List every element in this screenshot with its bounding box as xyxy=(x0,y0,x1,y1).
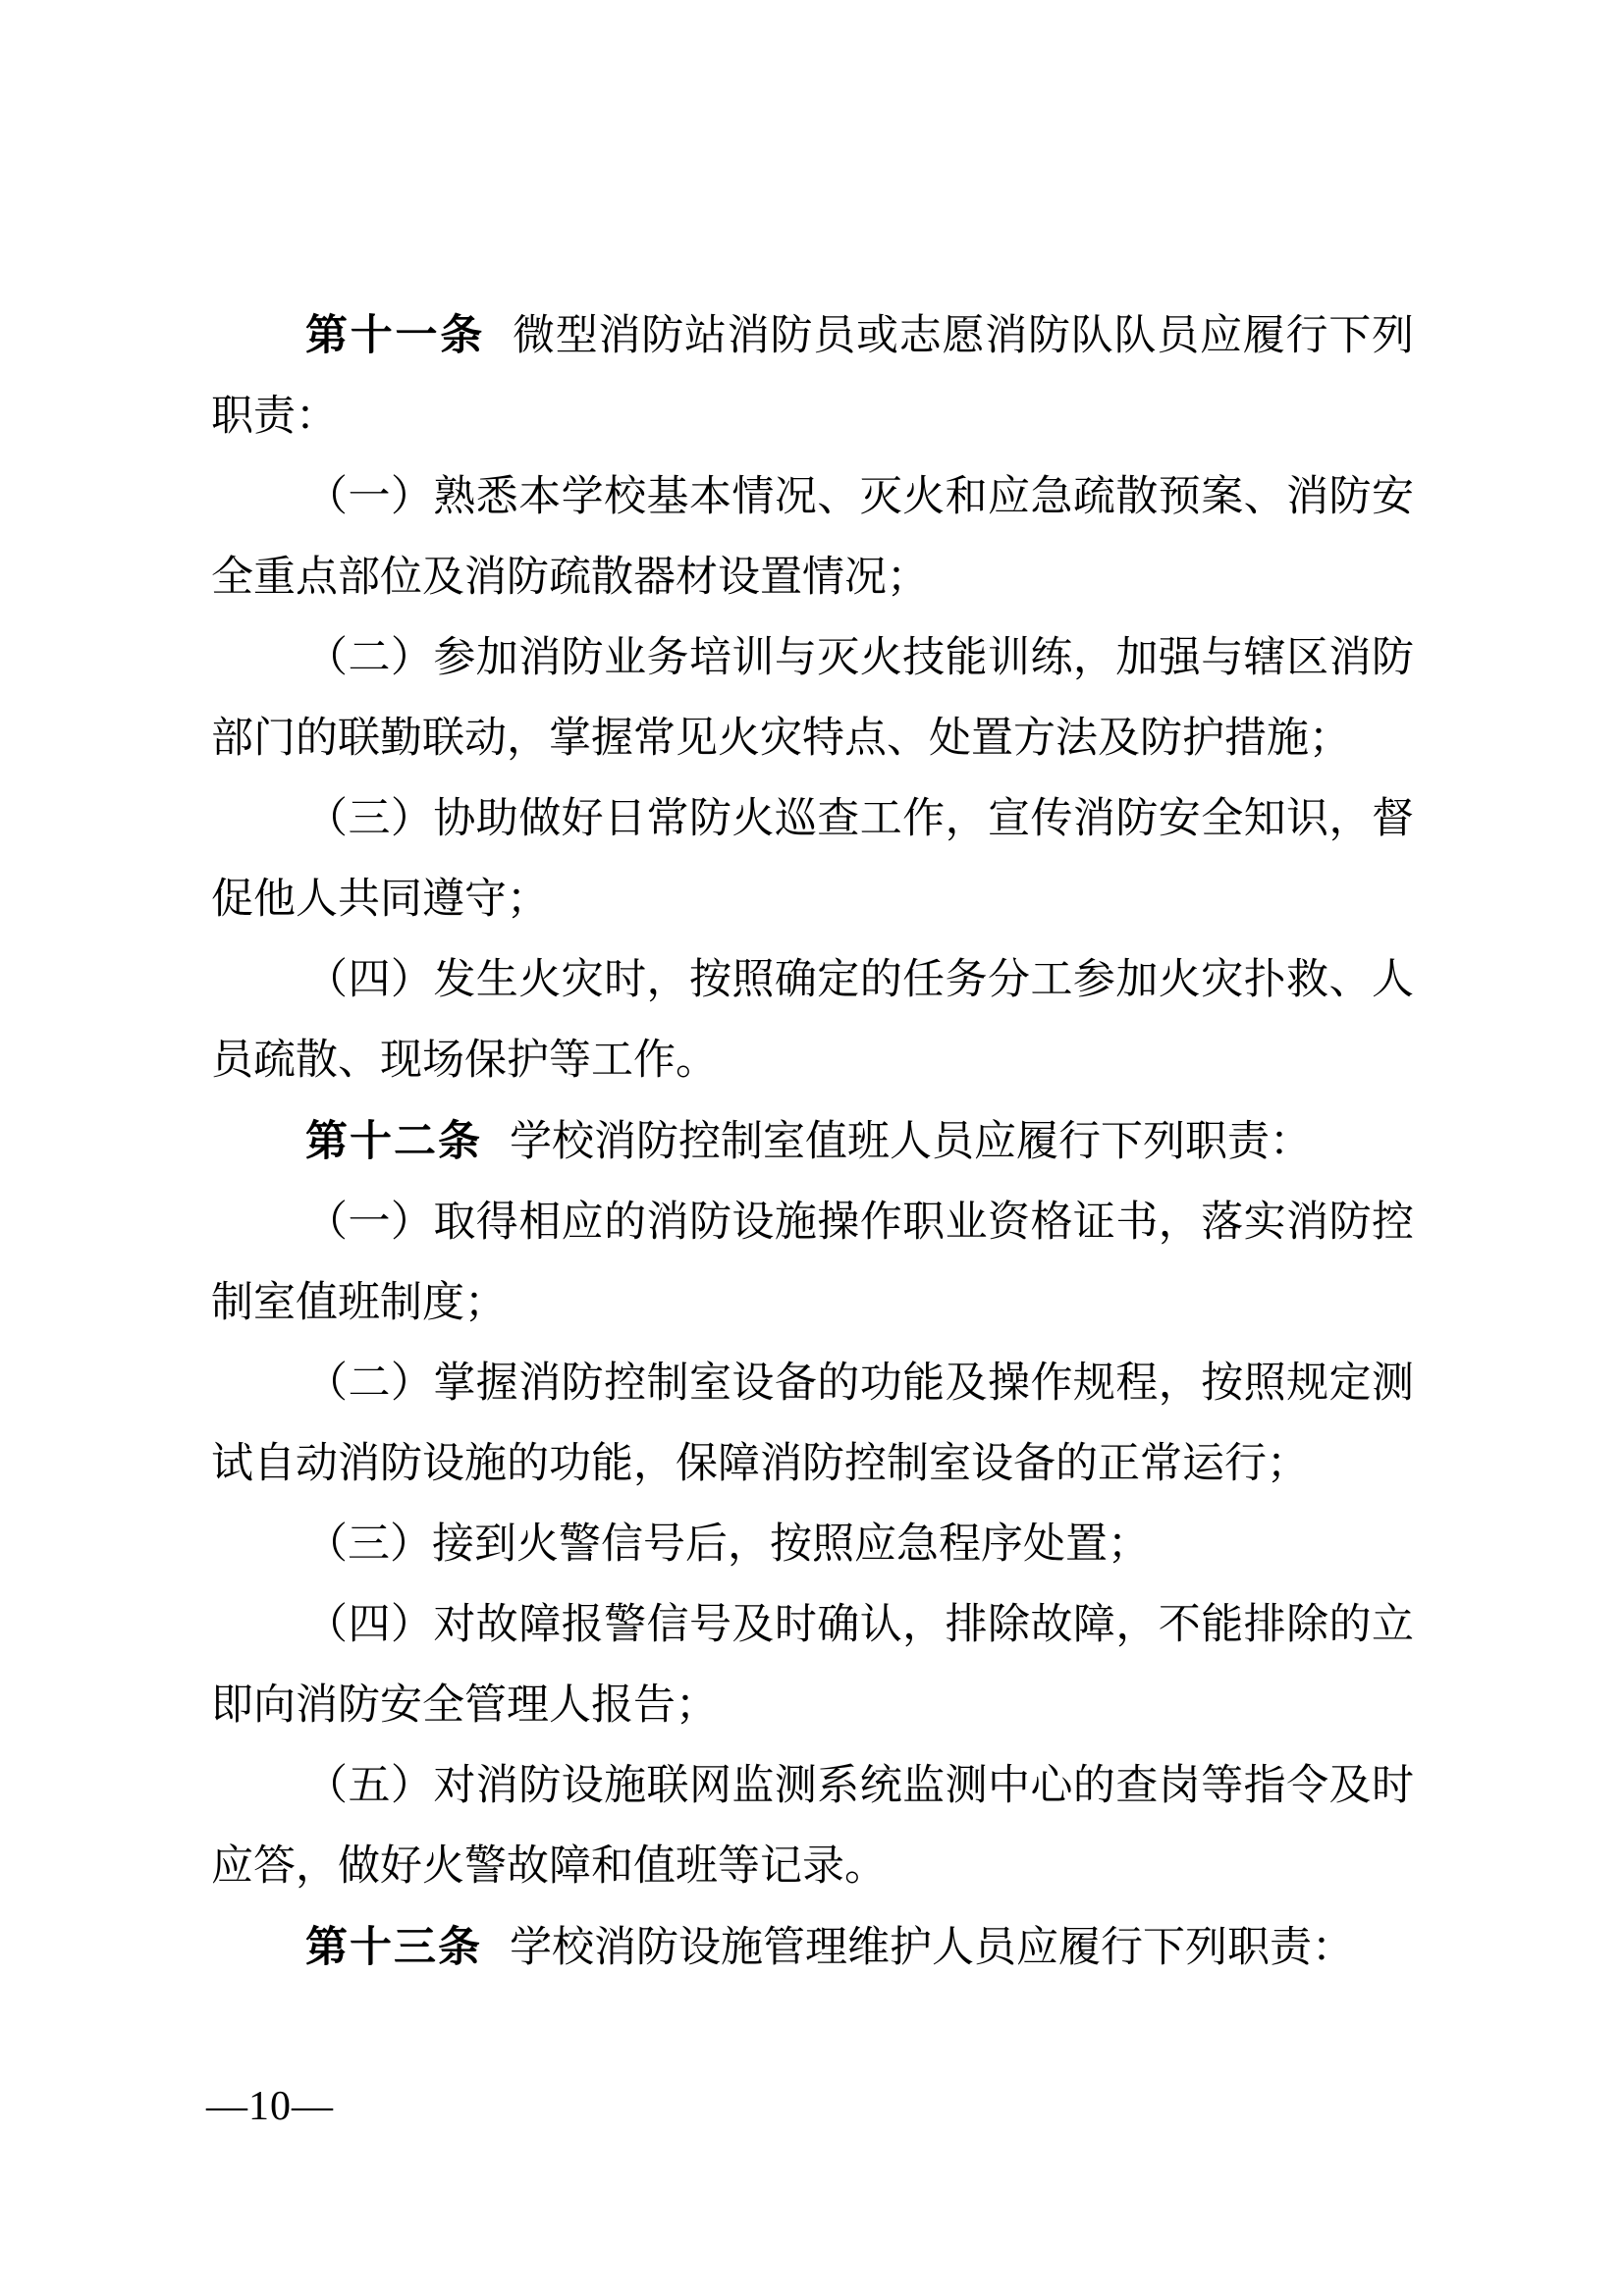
document-page: 第十一条微型消防站消防员或志愿消防队队员应履行下列职责： （一）熟悉本学校基本情… xyxy=(0,0,1624,2296)
paragraph: （一）熟悉本学校基本情况、灭火和应急疏散预案、消防安全重点部位及消防疏散器材设置… xyxy=(211,457,1414,618)
paragraph: 第十一条微型消防站消防员或志愿消防队队员应履行下列职责： xyxy=(211,295,1414,457)
article-number: 第十三条 xyxy=(305,1924,482,1971)
paragraph-text: （三）协助做好日常防火巡查工作，宣传消防安全知识，督促他人共同遵守； xyxy=(211,796,1414,923)
paragraph: （四）发生火灾时，按照确定的任务分工参加火灾扑救、人员疏散、现场保护等工作。 xyxy=(211,940,1414,1101)
paragraph: （二）参加消防业务培训与灭火技能训练，加强与辖区消防部门的联勤联动，掌握常见火灾… xyxy=(211,618,1414,779)
article-number: 第十二条 xyxy=(305,1118,482,1165)
paragraph-text: （二）掌握消防控制室设备的功能及操作规程，按照规定测试自动消防设施的功能，保障消… xyxy=(211,1361,1414,1487)
paragraph: （三）接到火警信号后，按照应急程序处置； xyxy=(211,1505,1414,1585)
paragraph-text: （四）发生火灾时，按照确定的任务分工参加火灾扑救、人员疏散、现场保护等工作。 xyxy=(211,957,1414,1084)
paragraph: 第十三条学校消防设施管理维护人员应履行下列职责： xyxy=(211,1907,1414,1989)
paragraph-text: （二）参加消防业务培训与灭火技能训练，加强与辖区消防部门的联勤联动，掌握常见火灾… xyxy=(211,635,1414,762)
page-number: —10— xyxy=(206,2083,334,2130)
paragraph-text: （一）取得相应的消防设施操作职业资格证书，落实消防控制室值班制度； xyxy=(211,1200,1414,1326)
paragraph: （三）协助做好日常防火巡查工作，宣传消防安全知识，督促他人共同遵守； xyxy=(211,779,1414,940)
paragraph-text: （四）对故障报警信号及时确认，排除故障，不能排除的立即向消防安全管理人报告； xyxy=(211,1602,1414,1729)
article-number: 第十一条 xyxy=(305,312,485,359)
paragraph: （四）对故障报警信号及时确认，排除故障，不能排除的立即向消防安全管理人报告； xyxy=(211,1585,1414,1746)
paragraph: （二）掌握消防控制室设备的功能及操作规程，按照规定测试自动消防设施的功能，保障消… xyxy=(211,1344,1414,1505)
paragraph: （五）对消防设施联网监测系统监测中心的查岗等指令及时应答，做好火警故障和值班等记… xyxy=(211,1746,1414,1907)
paragraph: （一）取得相应的消防设施操作职业资格证书，落实消防控制室值班制度； xyxy=(211,1183,1414,1344)
document-body: 第十一条微型消防站消防员或志愿消防队队员应履行下列职责： （一）熟悉本学校基本情… xyxy=(211,295,1414,1989)
paragraph-text: （三）接到火警信号后，按照应急程序处置； xyxy=(305,1522,1150,1568)
paragraph-text: （一）熟悉本学校基本情况、灭火和应急疏散预案、消防安全重点部位及消防疏散器材设置… xyxy=(211,474,1414,601)
paragraph-text: 学校消防设施管理维护人员应履行下列职责： xyxy=(510,1925,1354,1971)
paragraph: 第十二条学校消防控制室值班人员应履行下列职责： xyxy=(211,1101,1414,1183)
paragraph-text: 学校消防控制室值班人员应履行下列职责： xyxy=(510,1119,1312,1165)
paragraph-text: （五）对消防设施联网监测系统监测中心的查岗等指令及时应答，做好火警故障和值班等记… xyxy=(211,1763,1414,1890)
